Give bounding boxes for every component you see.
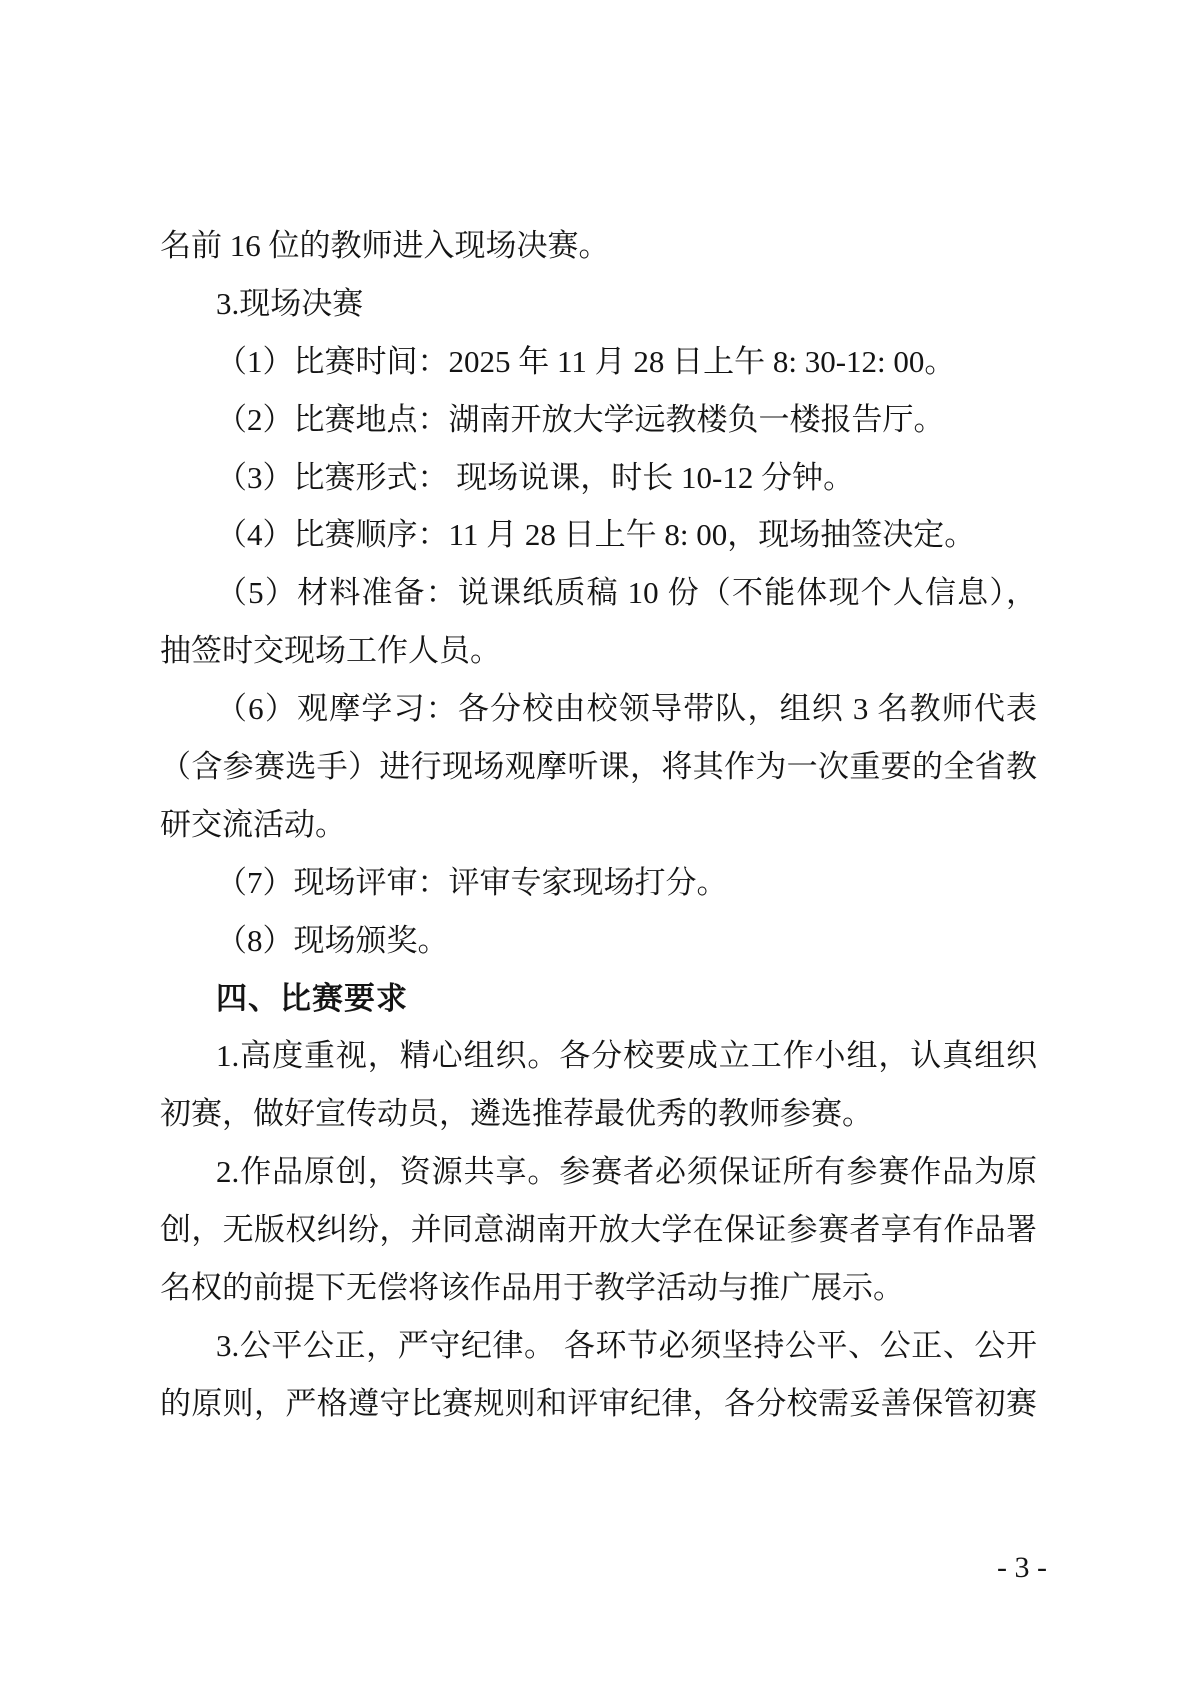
text-line: （含参赛选手）进行现场观摩听课，将其作为一次重要的全省教 xyxy=(160,738,1037,796)
text-line: 名前 16 位的教师进入现场决赛。 xyxy=(160,217,1037,275)
text-line: （6）观摩学习：各分校由校领导带队，组织 3 名教师代表 xyxy=(160,680,1037,738)
text-line: 的原则，严格遵守比赛规则和评审纪律，各分校需妥善保管初赛 xyxy=(160,1375,1037,1433)
section-heading: 四、比赛要求 xyxy=(160,970,1037,1028)
text-line: 创，无版权纠纷，并同意湖南开放大学在保证参赛者享有作品署 xyxy=(160,1201,1037,1259)
text-line: （4）比赛顺序：11 月 28 日上午 8: 00，现场抽签决定。 xyxy=(160,506,1037,564)
text-line: 3.现场决赛 xyxy=(160,275,1037,333)
text-line: （7）现场评审：评审专家现场打分。 xyxy=(160,854,1037,912)
text-line: （8）现场颁奖。 xyxy=(160,912,1037,970)
document-page: { "page": { "background_color": "#ffffff… xyxy=(0,0,1191,1684)
text-line: （2）比赛地点：湖南开放大学远教楼负一楼报告厅。 xyxy=(160,391,1037,449)
text-line: 抽签时交现场工作人员。 xyxy=(160,622,1037,680)
text-line: 1.高度重视，精心组织。各分校要成立工作小组，认真组织 xyxy=(160,1027,1037,1085)
text-line: （3）比赛形式： 现场说课，时长 10-12 分钟。 xyxy=(160,449,1037,507)
page-sheet: 名前 16 位的教师进入现场决赛。3.现场决赛（1）比赛时间：2025 年 11… xyxy=(0,0,1191,1684)
text-line: 名权的前提下无偿将该作品用于教学活动与推广展示。 xyxy=(160,1259,1037,1317)
page-number: - 3 - xyxy=(997,1550,1047,1586)
text-line: （1）比赛时间：2025 年 11 月 28 日上午 8: 30-12: 00。 xyxy=(160,333,1037,391)
document-body: 名前 16 位的教师进入现场决赛。3.现场决赛（1）比赛时间：2025 年 11… xyxy=(160,217,1037,1433)
text-line: 初赛，做好宣传动员，遴选推荐最优秀的教师参赛。 xyxy=(160,1085,1037,1143)
text-line: （5）材料准备：说课纸质稿 10 份（不能体现个人信息）， xyxy=(160,564,1037,622)
text-line: 2.作品原创，资源共享。参赛者必须保证所有参赛作品为原 xyxy=(160,1143,1037,1201)
text-line: 3.公平公正，严守纪律。 各环节必须坚持公平、公正、公开 xyxy=(160,1317,1037,1375)
text-line: 研交流活动。 xyxy=(160,796,1037,854)
